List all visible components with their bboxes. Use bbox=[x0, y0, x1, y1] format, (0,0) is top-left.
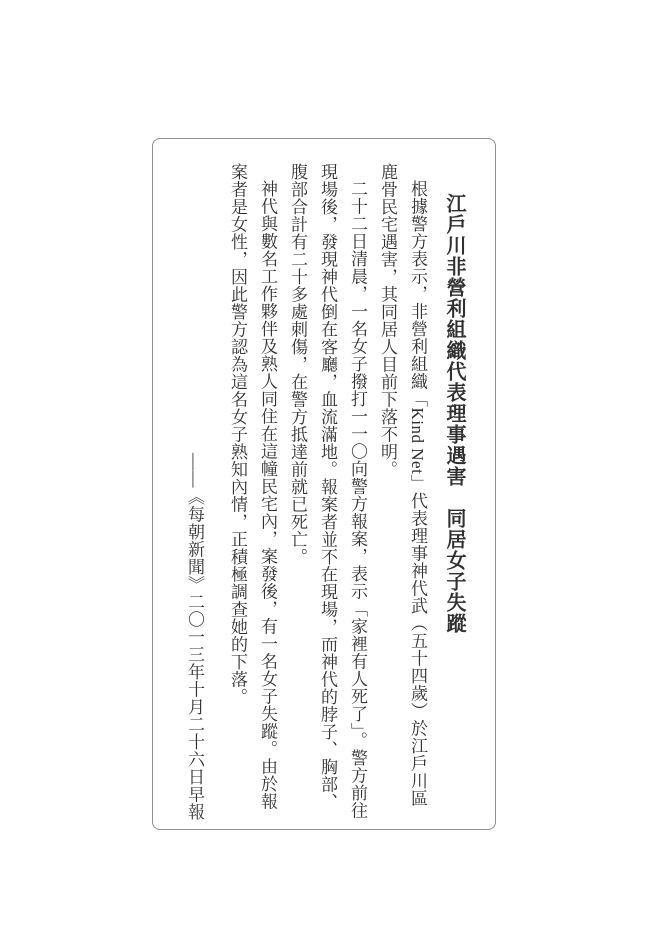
article-paragraph: 神代與數名工作夥伴及熟人同住在這幢民宅內，案發後，有一名女子失蹤。由於報案者是女… bbox=[222, 163, 282, 820]
article-citation: ——《每朝新聞》二〇一三年十月二十六日早報 bbox=[179, 163, 209, 820]
article-title: 江戶川非營利組織代表理事遇害 同居女子失蹤 bbox=[438, 163, 470, 820]
book-page: 江戶川非營利組織代表理事遇害 同居女子失蹤 根據警方表示，非營利組織「Kind … bbox=[0, 0, 663, 932]
article-paragraph: 根據警方表示，非營利組織「Kind Net」代表理事神代武（五十四歲）於江戶川區… bbox=[372, 163, 432, 820]
news-clipping-box: 江戶川非營利組織代表理事遇害 同居女子失蹤 根據警方表示，非營利組織「Kind … bbox=[152, 138, 496, 830]
article-paragraph: 二十二日清晨，一名女子撥打一一〇向警方報案，表示「家裡有人死了」。警方前往現場後… bbox=[282, 163, 372, 820]
